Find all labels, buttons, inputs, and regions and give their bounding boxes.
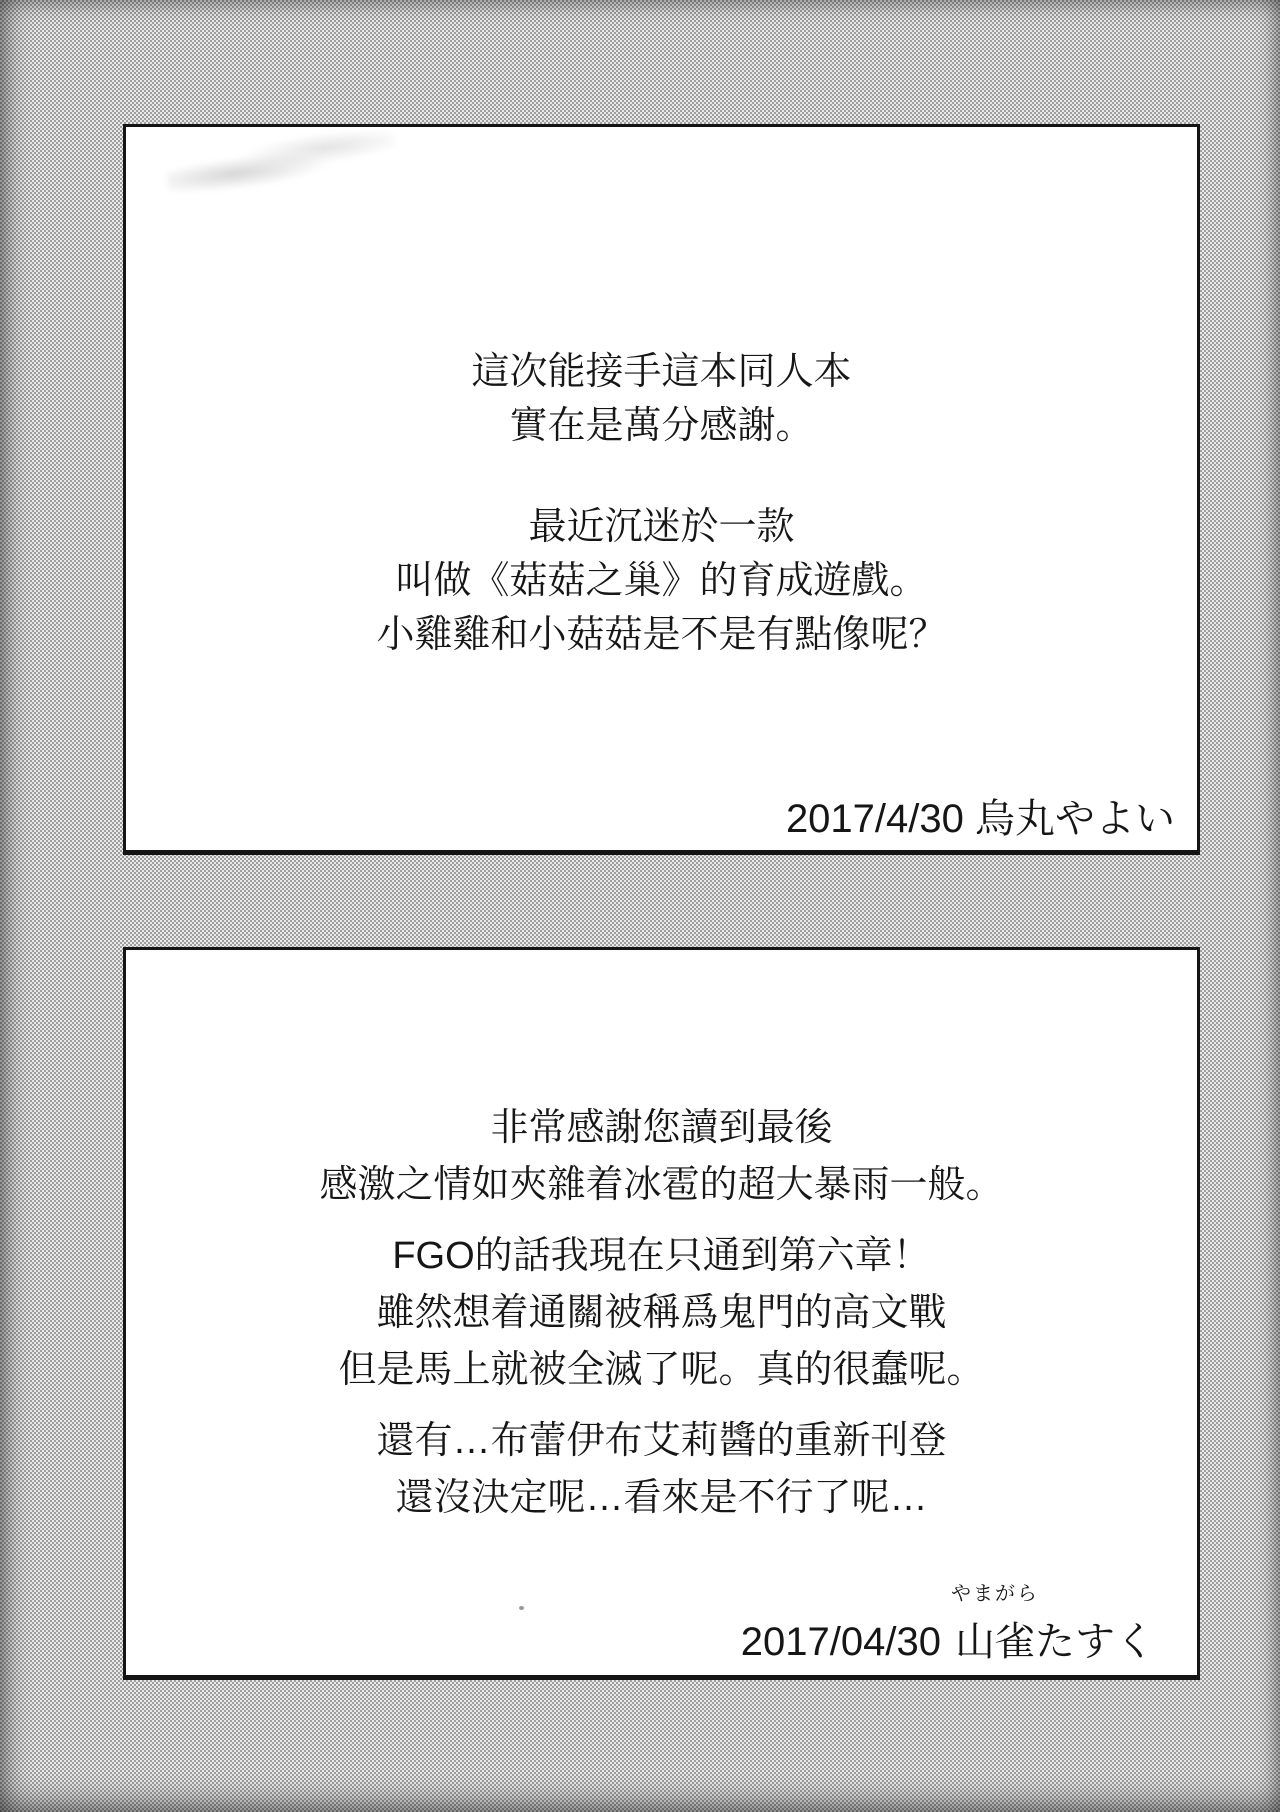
text-line: 這次能接手這本同人本	[126, 345, 1197, 399]
author-name-kanji-text: 山雀	[955, 1620, 1035, 1664]
text-line: FGO的話我現在只通到第六章！	[126, 1228, 1197, 1285]
scan-smudge	[163, 119, 398, 205]
paragraph: 最近沉迷於一款 叫做《菇菇之巢》的育成遊戲。 小雞雞和小菇菇是不是有點像呢？	[126, 500, 1197, 662]
text-line: 但是馬上就被全滅了呢。真的很蠢呢。	[126, 1342, 1197, 1399]
text-line: 雖然想着通關被稱爲鬼門的高文戰	[126, 1285, 1197, 1342]
text-line: 最近沉迷於一款	[126, 500, 1197, 554]
author-name-kana: たすく	[1035, 1620, 1155, 1664]
paragraph: 非常感謝您讀到最後 感激之情如夾雜着冰雹的超大暴雨一般。	[126, 1100, 1197, 1214]
signature-date-author-bottom: 2017/04/30 やまがら 山雀 たすく	[741, 1610, 1155, 1667]
text-line: 非常感謝您讀到最後	[126, 1100, 1197, 1157]
text-line: 還沒決定呢…看來是不行了呢…	[126, 1470, 1197, 1527]
text-line: 感激之情如夾雜着冰雹的超大暴雨一般。	[126, 1157, 1197, 1214]
paragraph: 還有…布蕾伊布艾莉醬的重新刊登 還沒決定呢…看來是不行了呢…	[126, 1413, 1197, 1527]
author-name-kanji: やまがら 山雀	[955, 1610, 1035, 1667]
signature-date: 2017/04/30	[741, 1620, 941, 1664]
afterword-bottom-text: 非常感謝您讀到最後 感激之情如夾雜着冰雹的超大暴雨一般。 FGO的話我現在只通到…	[126, 1100, 1197, 1527]
text-line: 實在是萬分感謝。	[126, 399, 1197, 453]
text-line: 還有…布蕾伊布艾莉醬的重新刊登	[126, 1413, 1197, 1470]
scan-speck	[519, 1606, 524, 1610]
paragraph: 這次能接手這本同人本 實在是萬分感謝。	[126, 345, 1197, 453]
text-line: 小雞雞和小菇菇是不是有點像呢？	[126, 608, 1197, 662]
afterword-panel-top: 這次能接手這本同人本 實在是萬分感謝。 最近沉迷於一款 叫做《菇菇之巢》的育成遊…	[123, 124, 1200, 855]
afterword-top-text: 這次能接手這本同人本 實在是萬分感謝。 最近沉迷於一款 叫做《菇菇之巢》的育成遊…	[126, 345, 1197, 662]
scanned-doujinshi-page: 這次能接手這本同人本 實在是萬分感謝。 最近沉迷於一款 叫做《菇菇之巢》的育成遊…	[0, 0, 1280, 1812]
paragraph: FGO的話我現在只通到第六章！ 雖然想着通關被稱爲鬼門的高文戰 但是馬上就被全滅…	[126, 1228, 1197, 1399]
signature-date-author-top: 2017/4/30 烏丸やよい	[786, 787, 1175, 844]
afterword-panel-bottom: 非常感謝您讀到最後 感激之情如夾雜着冰雹的超大暴雨一般。 FGO的話我現在只通到…	[123, 947, 1200, 1680]
author-name-furigana: やまがら	[951, 1584, 1039, 1604]
text-line: 叫做《菇菇之巢》的育成遊戲。	[126, 554, 1197, 608]
